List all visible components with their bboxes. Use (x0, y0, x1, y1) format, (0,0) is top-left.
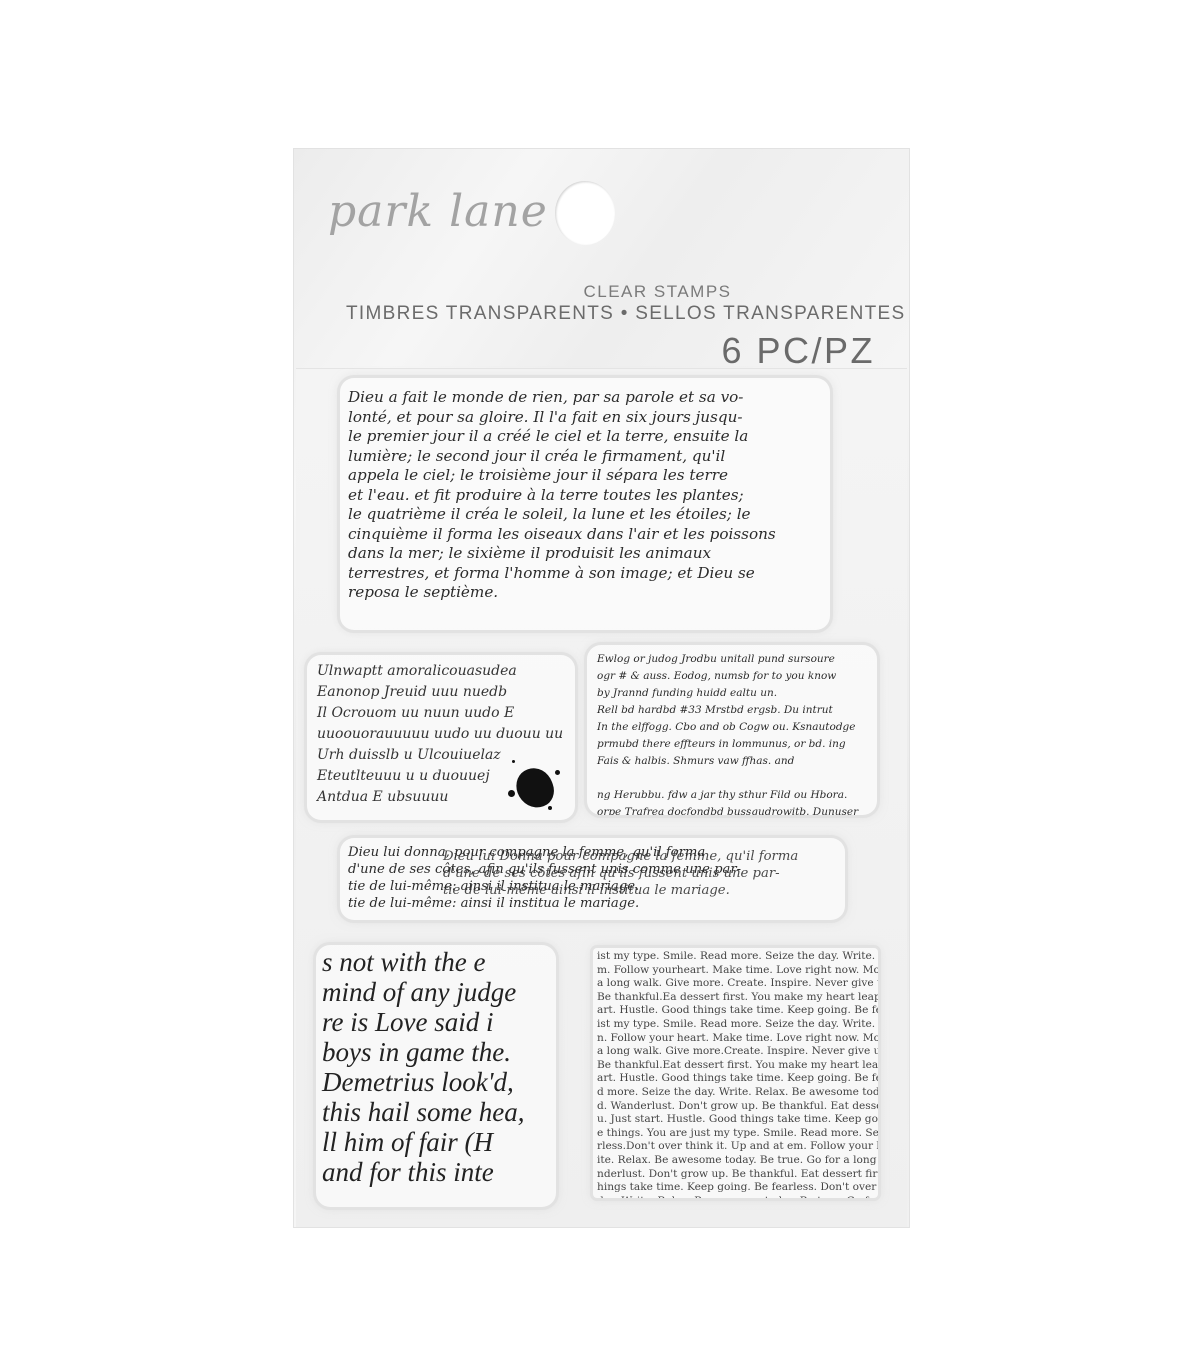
stamp-typewriter-phrases: ist my type. Smile. Read more. Seize the… (593, 948, 878, 1198)
stamp-text-line: Il Ocrouom uu nuun uudo E (317, 703, 565, 724)
stamp-text-line: Eanonop Jreuid uuu nuedb (317, 682, 565, 703)
stamp-overlapping-french-script: Dieu lui donna, pour compagne la femme, … (340, 838, 845, 920)
stamp-text-line: terrestres, et forma l'homme à son image… (348, 564, 822, 584)
stamp-text-line: hings take time. Keep going. Be fearless… (597, 1181, 874, 1195)
stamp-text-line: dans la mer; le sixième il produisit les… (348, 544, 822, 564)
stamp-text-line: reposa le septième. (348, 583, 822, 603)
stamp-text-line: le quatrième il créa le soleil, la lune … (348, 505, 822, 525)
stamp-text-line: nderlust. Don't grow up. Be thankful. Ea… (597, 1168, 874, 1182)
stamp-text-line: s not with the e (322, 947, 550, 977)
stamp-text-line: Rell bd hardbd #33 Mrstbd ergsb. Du intr… (597, 702, 867, 719)
stamp-text: Ewlog or judog Jrodbu unitall pund surso… (587, 645, 877, 815)
stamp-text-line: lumière; le second jour il créa le firma… (348, 447, 822, 467)
stamp-messy-handwritten-note: Ewlog or judog Jrodbu unitall pund surso… (587, 645, 877, 815)
stamp-text-line: m. Follow yourheart. Make time. Love rig… (597, 964, 874, 978)
stamp-text: Dieu a fait le monde de rien, par sa par… (340, 378, 830, 613)
stamp-copperplate-script: s not with the emind of any judgere is L… (316, 945, 556, 1207)
stamp-text-line: u. Just start. Hustle. Good things take … (597, 1113, 874, 1127)
stamp-text-line: Be thankful.Eat dessert first. You make … (597, 1059, 874, 1073)
ink-drop (512, 760, 515, 763)
stamp-text-line: ite. Relax. Be awesome today. Be true. G… (597, 1154, 874, 1168)
ink-drop (548, 806, 552, 810)
stamp-text-line: this hail some hea, (322, 1097, 550, 1127)
stamp-text-line: orpe Trafrea docfondbd bussqudrowitb. Du… (597, 804, 867, 815)
stamp-text-line: In the elffogg. Cbo and ob Cogw ou. Ksna… (597, 719, 867, 736)
stamp-text: s not with the emind of any judgere is L… (316, 945, 556, 1189)
stamp-text-line: appela le ciel; le troisième jour il sép… (348, 466, 822, 486)
stamp-text-line: mind of any judge (322, 977, 550, 1007)
stamp-text-line: prmubd there effteurs in lommunus, or bd… (597, 736, 867, 753)
stamp-text-line: le premier jour il a créé le ciel et la … (348, 427, 822, 447)
stamp-text-line: Ewlog or judog Jrodbu unitall pund surso… (597, 651, 867, 668)
stamp-text-line: Be thankful.Ea dessert first. You make m… (597, 991, 874, 1005)
piece-count: 6 PC/PZ (721, 330, 875, 372)
stamp-french-script-paragraph: Dieu a fait le monde de rien, par sa par… (340, 378, 830, 630)
stamp-text-line: d. Wanderlust. Don't grow up. Be thankfu… (597, 1100, 874, 1114)
stamp-text-line: ng Herubbu. fdw a jar thy sthur Fild ou … (597, 787, 867, 804)
hang-hole (555, 181, 615, 245)
stamp-text-line: ist my type. Smile. Read more. Seize the… (597, 1018, 874, 1032)
stamp-text-line: ll him of fair (H (322, 1127, 550, 1157)
ink-drop (508, 790, 515, 797)
stamp-text-line: Dieu a fait le monde de rien, par sa par… (348, 388, 822, 408)
brand-logo: park lane (328, 186, 548, 237)
stamp-text: ist my type. Smile. Read more. Seize the… (593, 948, 878, 1198)
stamp-text-line: cinquième il forma les oiseaux dans l'ai… (348, 525, 822, 545)
stamp-text-line: boys in game the. (322, 1037, 550, 1067)
stamp-text-line: art. Hustle. Good things take time. Keep… (597, 1072, 874, 1086)
stamp-text-line: Dieu lui Donna pour compagne la femme, q… (443, 848, 798, 865)
stamp-overlay-text: Dieu lui Donna pour compagne la femme, q… (435, 842, 806, 905)
stamp-text-line: rless.Don't over think it. Up and at em.… (597, 1140, 874, 1154)
product-title-english: CLEAR STAMPS (0, 282, 1200, 302)
stamp-text-line: ogr # & auss. Eodog, numsb for to you kn… (597, 668, 867, 685)
ink-drop (555, 770, 560, 775)
stamp-text-line: e things. You are just my type. Smile. R… (597, 1127, 874, 1141)
product-title-french-spanish: TIMBRES TRANSPARENTS • SELLOS TRANSPAREN… (346, 303, 905, 325)
stamp-text-line: uuoouorauuuuu uudo uu duouu uu (317, 724, 565, 745)
stamp-text-line: Urh duisslb u Ulcouiuelaz (317, 745, 565, 766)
stamp-text-line: re is Love said i (322, 1007, 550, 1037)
stamp-text-line: n. Follow your heart. Make time. Love ri… (597, 1032, 874, 1046)
stamp-text-line: lonté, et pour sa gloire. Il l'a fait en… (348, 408, 822, 428)
stamp-text-line: a long walk. Give more. Create. Inspire.… (597, 977, 874, 991)
stamp-text-line: tie de lui-même ainsi il institua le mar… (443, 882, 798, 899)
stamp-text-line: Ulnwaptt amoralicouasudea (317, 661, 565, 682)
stamp-text-line: ist my type. Smile. Read more. Seize the… (597, 950, 874, 964)
stamp-text-line: by Jrannd funding huidd ealtu un. (597, 685, 867, 702)
stamp-text-line: a long walk. Give more.Create. Inspire. … (597, 1045, 874, 1059)
stamp-text-line: d'une de ses côtes afin qu'ils fussent u… (443, 865, 798, 882)
stamp-text-line: day. Write. Relax. Be awesome today. Be … (597, 1195, 874, 1198)
stamp-text-line: and for this inte (322, 1157, 550, 1187)
stamp-text-line: Demetrius look'd, (322, 1067, 550, 1097)
stamp-text-line: art. Hustle. Good things take time. Keep… (597, 1004, 874, 1018)
stamp-text-line: d more. Seize the day. Write. Relax. Be … (597, 1086, 874, 1100)
stamp-text-line: et l'eau. et fit produire à la terre tou… (348, 486, 822, 506)
stamp-text-line (597, 770, 867, 787)
stamp-text-line: Fais & halbis. Shmurs vaw ffhas. and (597, 753, 867, 770)
